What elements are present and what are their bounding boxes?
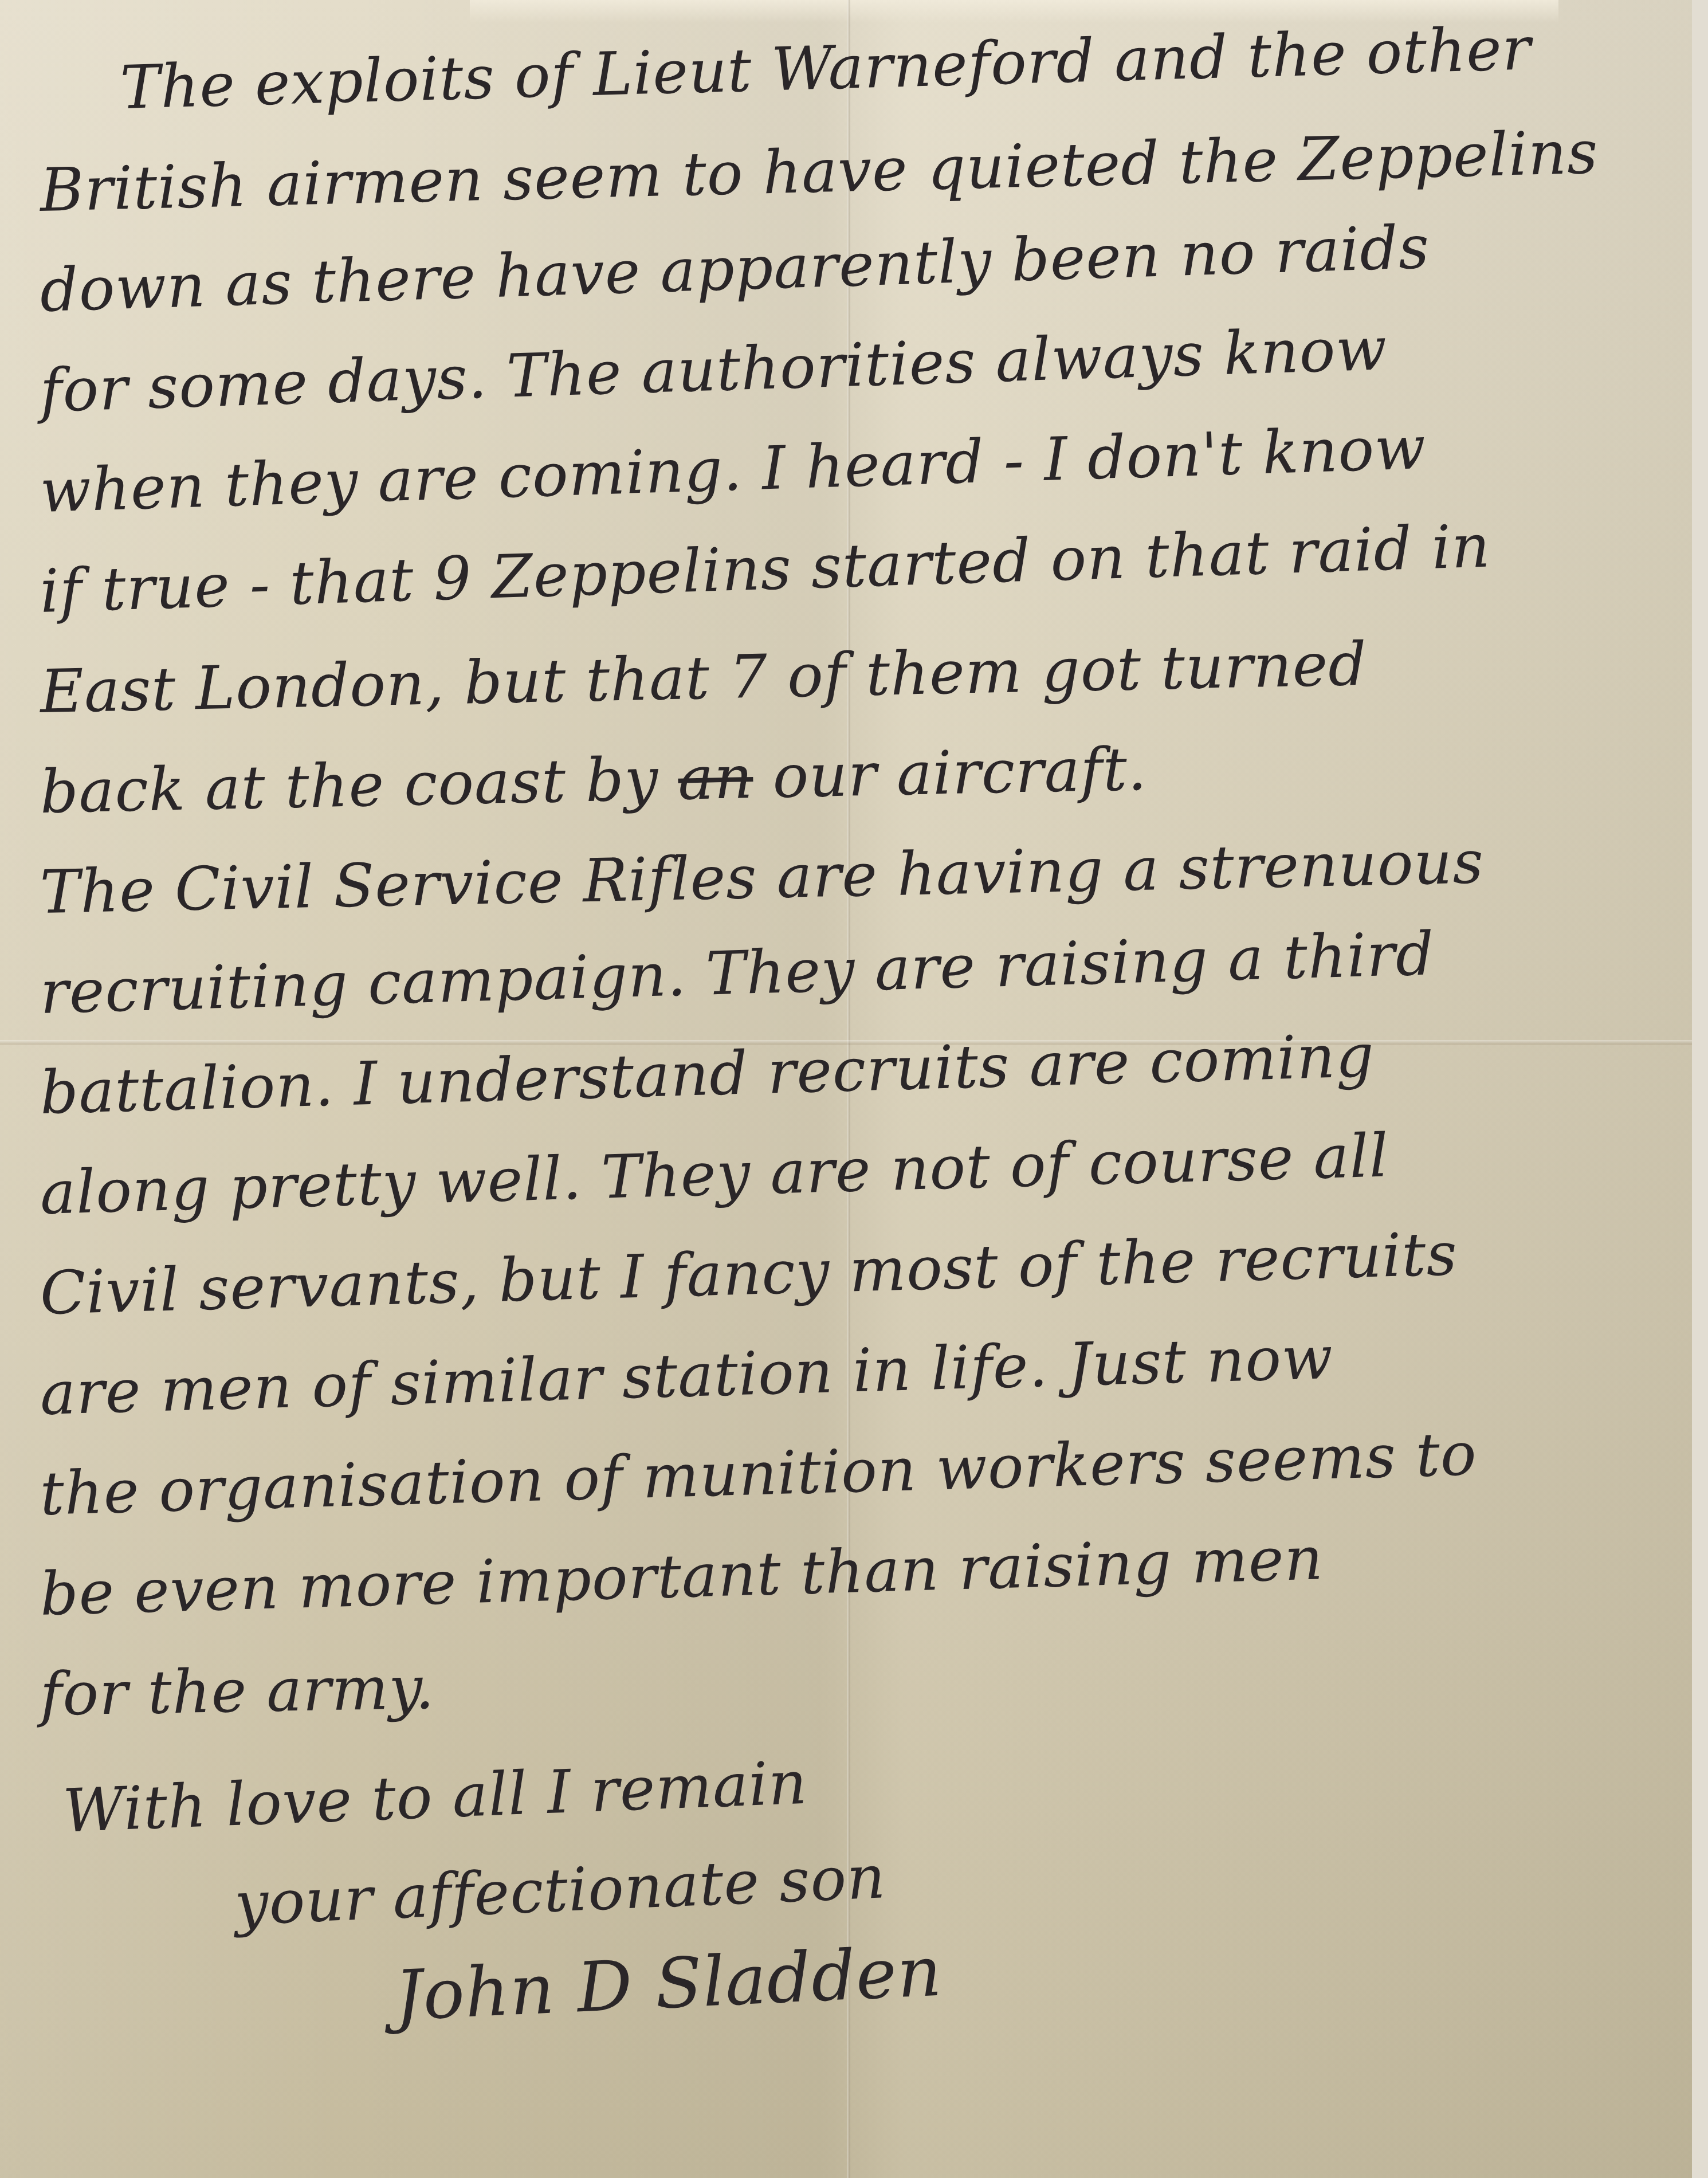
right-paper-edge xyxy=(1692,0,1708,2178)
body-line-start: back at the coast by xyxy=(40,744,659,827)
body-line-end: our aircraft. xyxy=(772,734,1148,812)
letter-body: The exploits of Lieut Warneford and the … xyxy=(40,40,1679,2063)
letter-page: The exploits of Lieut Warneford and the … xyxy=(0,0,1708,2178)
struck-word: an xyxy=(677,742,754,814)
letter-closing: With love to all I remain your affection… xyxy=(40,1762,1679,2063)
